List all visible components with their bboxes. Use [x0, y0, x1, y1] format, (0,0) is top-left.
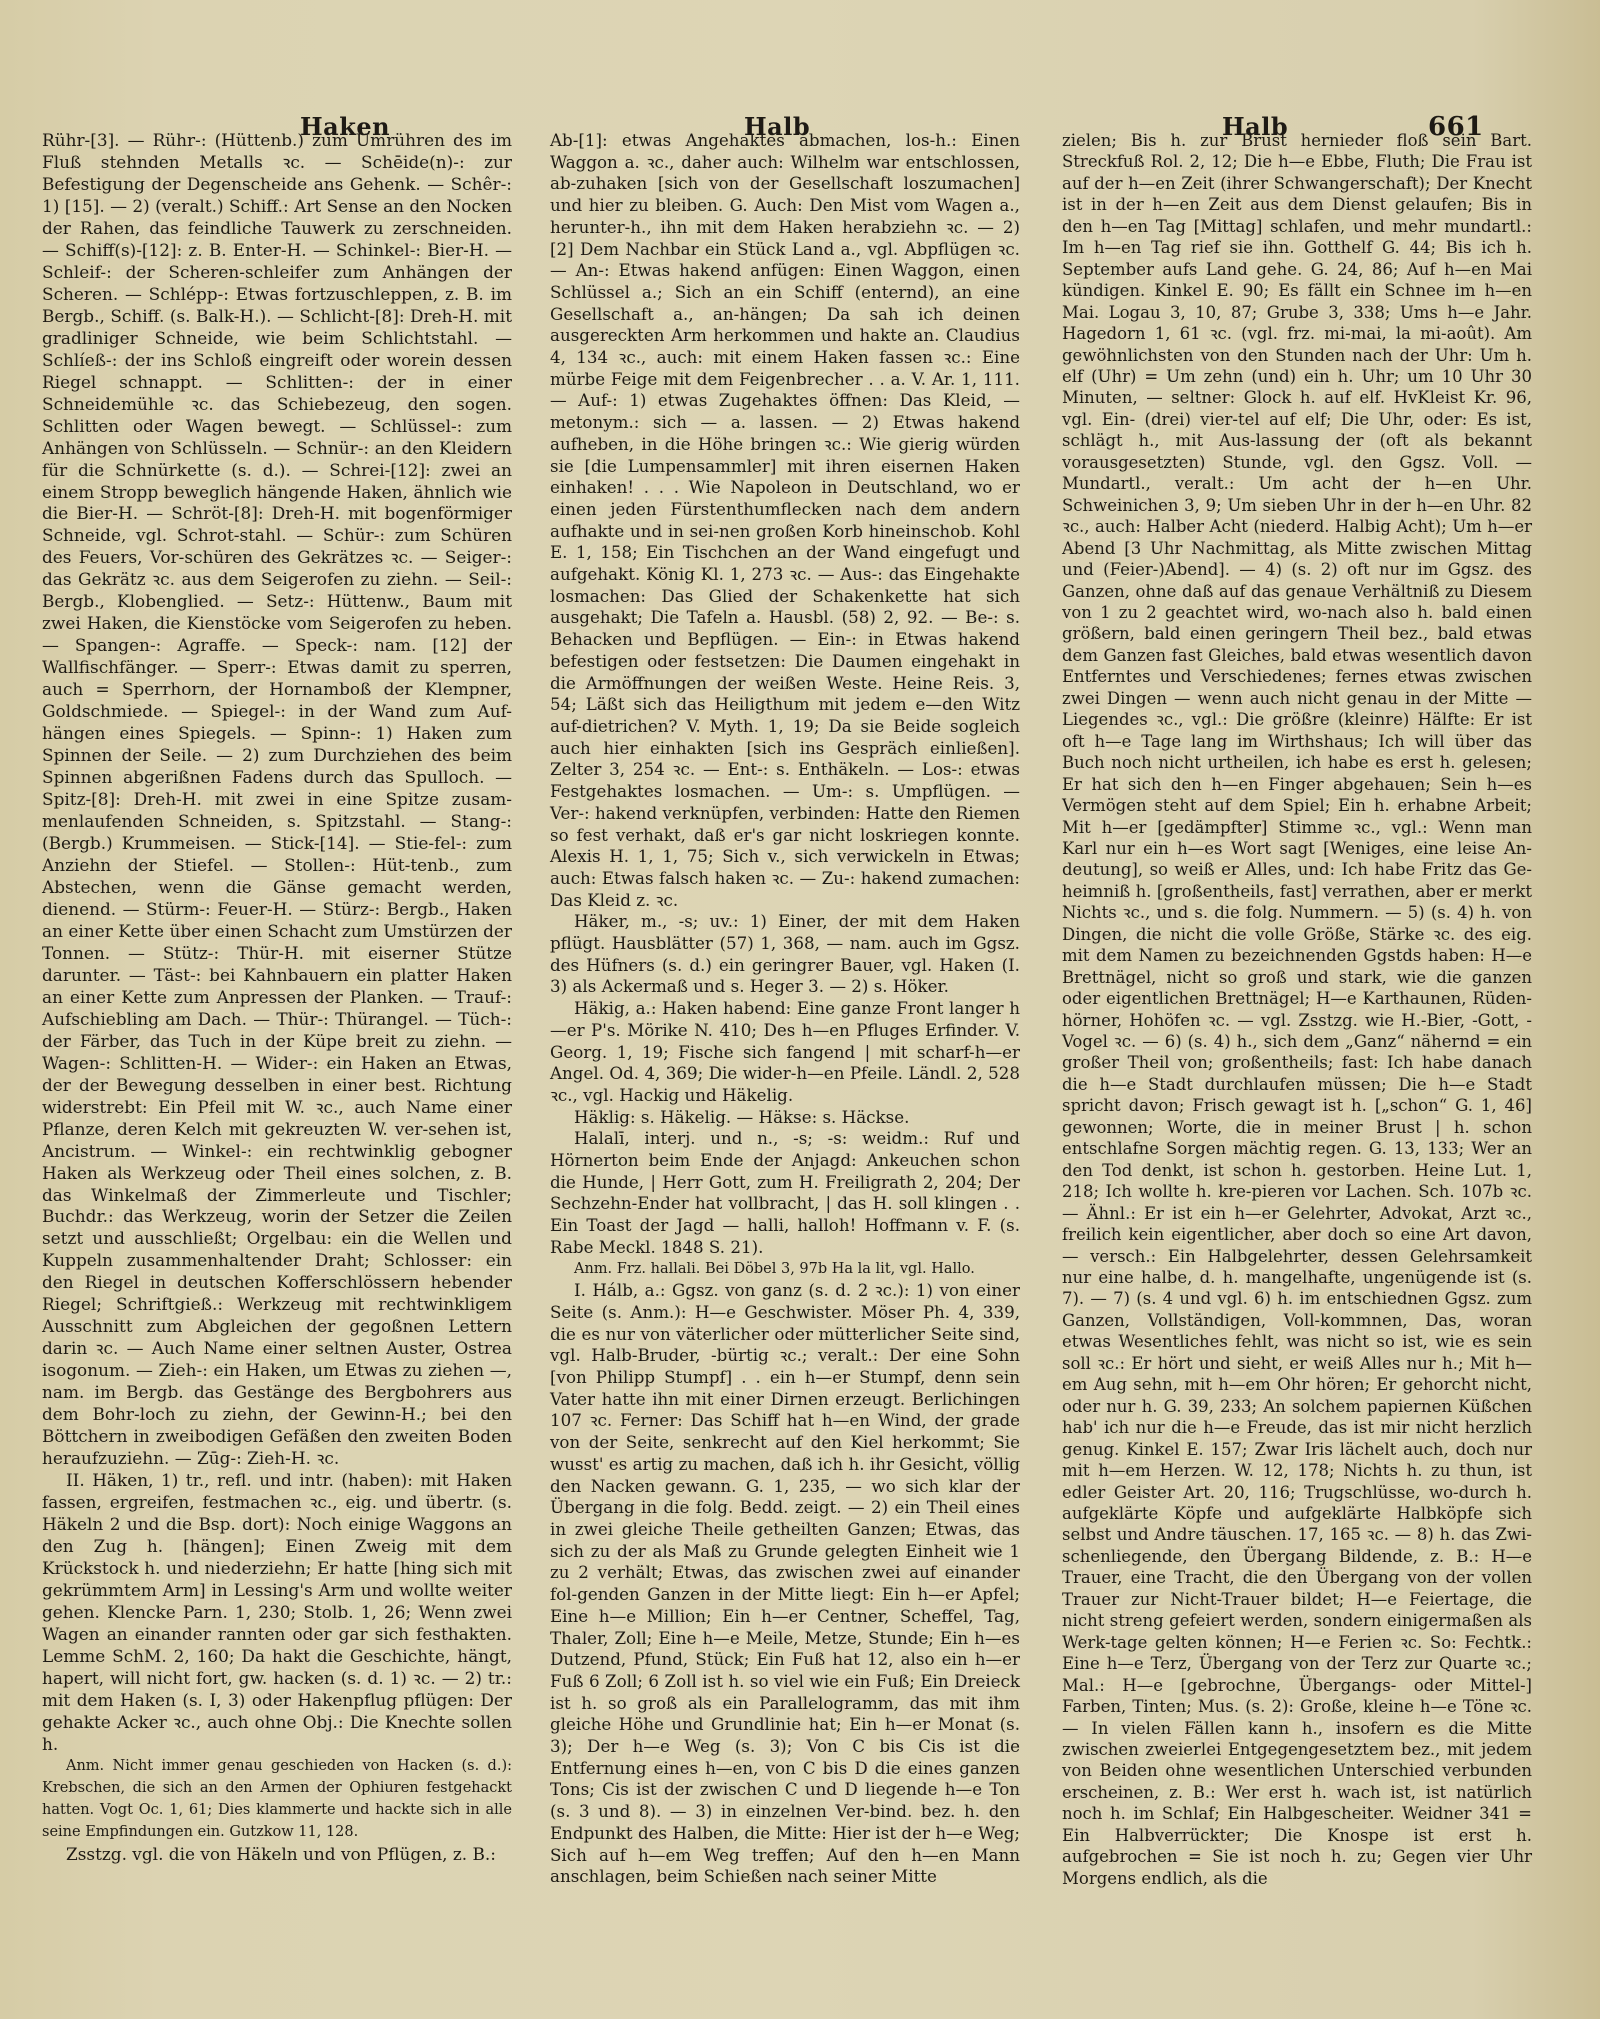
dictionary-page: Haken Halb Halb 661 Rühr-[3]. — Rühr-: (…	[0, 0, 1600, 2019]
entry-halb: I. Hálb, a.: Ggsz. von ganz (s. d. 2 ꝛc.…	[550, 1280, 1020, 1888]
paragraph: Rühr-[3]. — Rühr-: (Hüttenb.) zum Umrühr…	[42, 130, 512, 1470]
column-middle: Ab-[1]: etwas Angehaktes abmachen, los-h…	[550, 130, 1020, 1888]
paragraph: II. Häken, 1) tr., refl. und intr. (habe…	[42, 1470, 512, 1756]
entry-haeklig: Häklig: s. Häkelig. — Häkse: s. Häckse.	[550, 1107, 1020, 1129]
paragraph-note: Anm. Frz. hallali. Bei Döbel 3, 97b Ha l…	[550, 1259, 1020, 1281]
paragraph-note: Anm. Nicht immer genau geschieden von Ha…	[42, 1756, 512, 1844]
paragraph: Ab-[1]: etwas Angehaktes abmachen, los-h…	[550, 130, 1020, 911]
column-right: zielen; Bis h. zur Brust hernieder floß …	[1062, 130, 1532, 1889]
entry-haeker: Häker, m., -s; uv.: 1) Einer, der mit de…	[550, 911, 1020, 998]
entry-halali: Halalī, interj. und n., -s; -s: weidm.: …	[550, 1128, 1020, 1258]
entry-haekig: Häkig, a.: Haken habend: Eine ganze Fron…	[550, 998, 1020, 1107]
paragraph: zielen; Bis h. zur Brust hernieder floß …	[1062, 130, 1532, 1889]
paragraph: Zsstzg. vgl. die von Häkeln und von Pflü…	[42, 1844, 512, 1866]
column-left: Rühr-[3]. — Rühr-: (Hüttenb.) zum Umrühr…	[42, 130, 512, 1866]
